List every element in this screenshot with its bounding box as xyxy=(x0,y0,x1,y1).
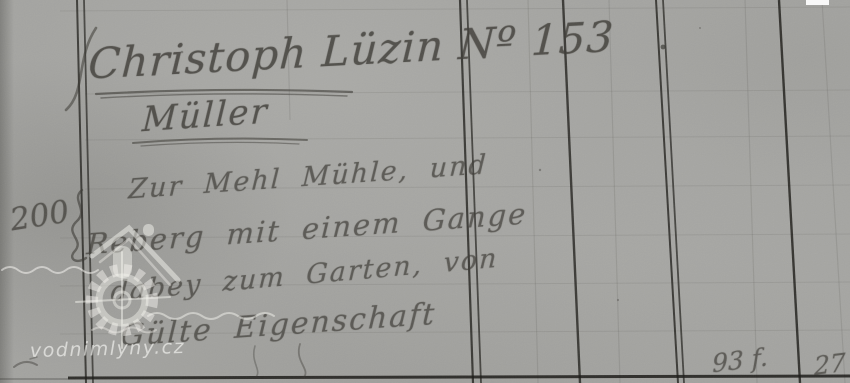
margin-number: 200 xyxy=(8,194,72,239)
entry-heading-occupation: Müller xyxy=(141,91,270,140)
scanned-register-page: Christoph Lüzin Nº 153 Müller 200 Zur Me… xyxy=(0,0,850,383)
scan-white-patch xyxy=(806,0,829,5)
body-line-1: Zur Mehl Mühle, und xyxy=(128,149,489,205)
amount-kreuzer: 27 xyxy=(814,348,846,381)
water-waves-icon xyxy=(2,267,98,273)
entry-heading-name: Christoph Lüzin Nº 153 xyxy=(87,12,615,89)
watermark-site-text: vodnimlyny.cz xyxy=(30,336,186,362)
amount-gulden: 93 f. xyxy=(712,343,768,379)
